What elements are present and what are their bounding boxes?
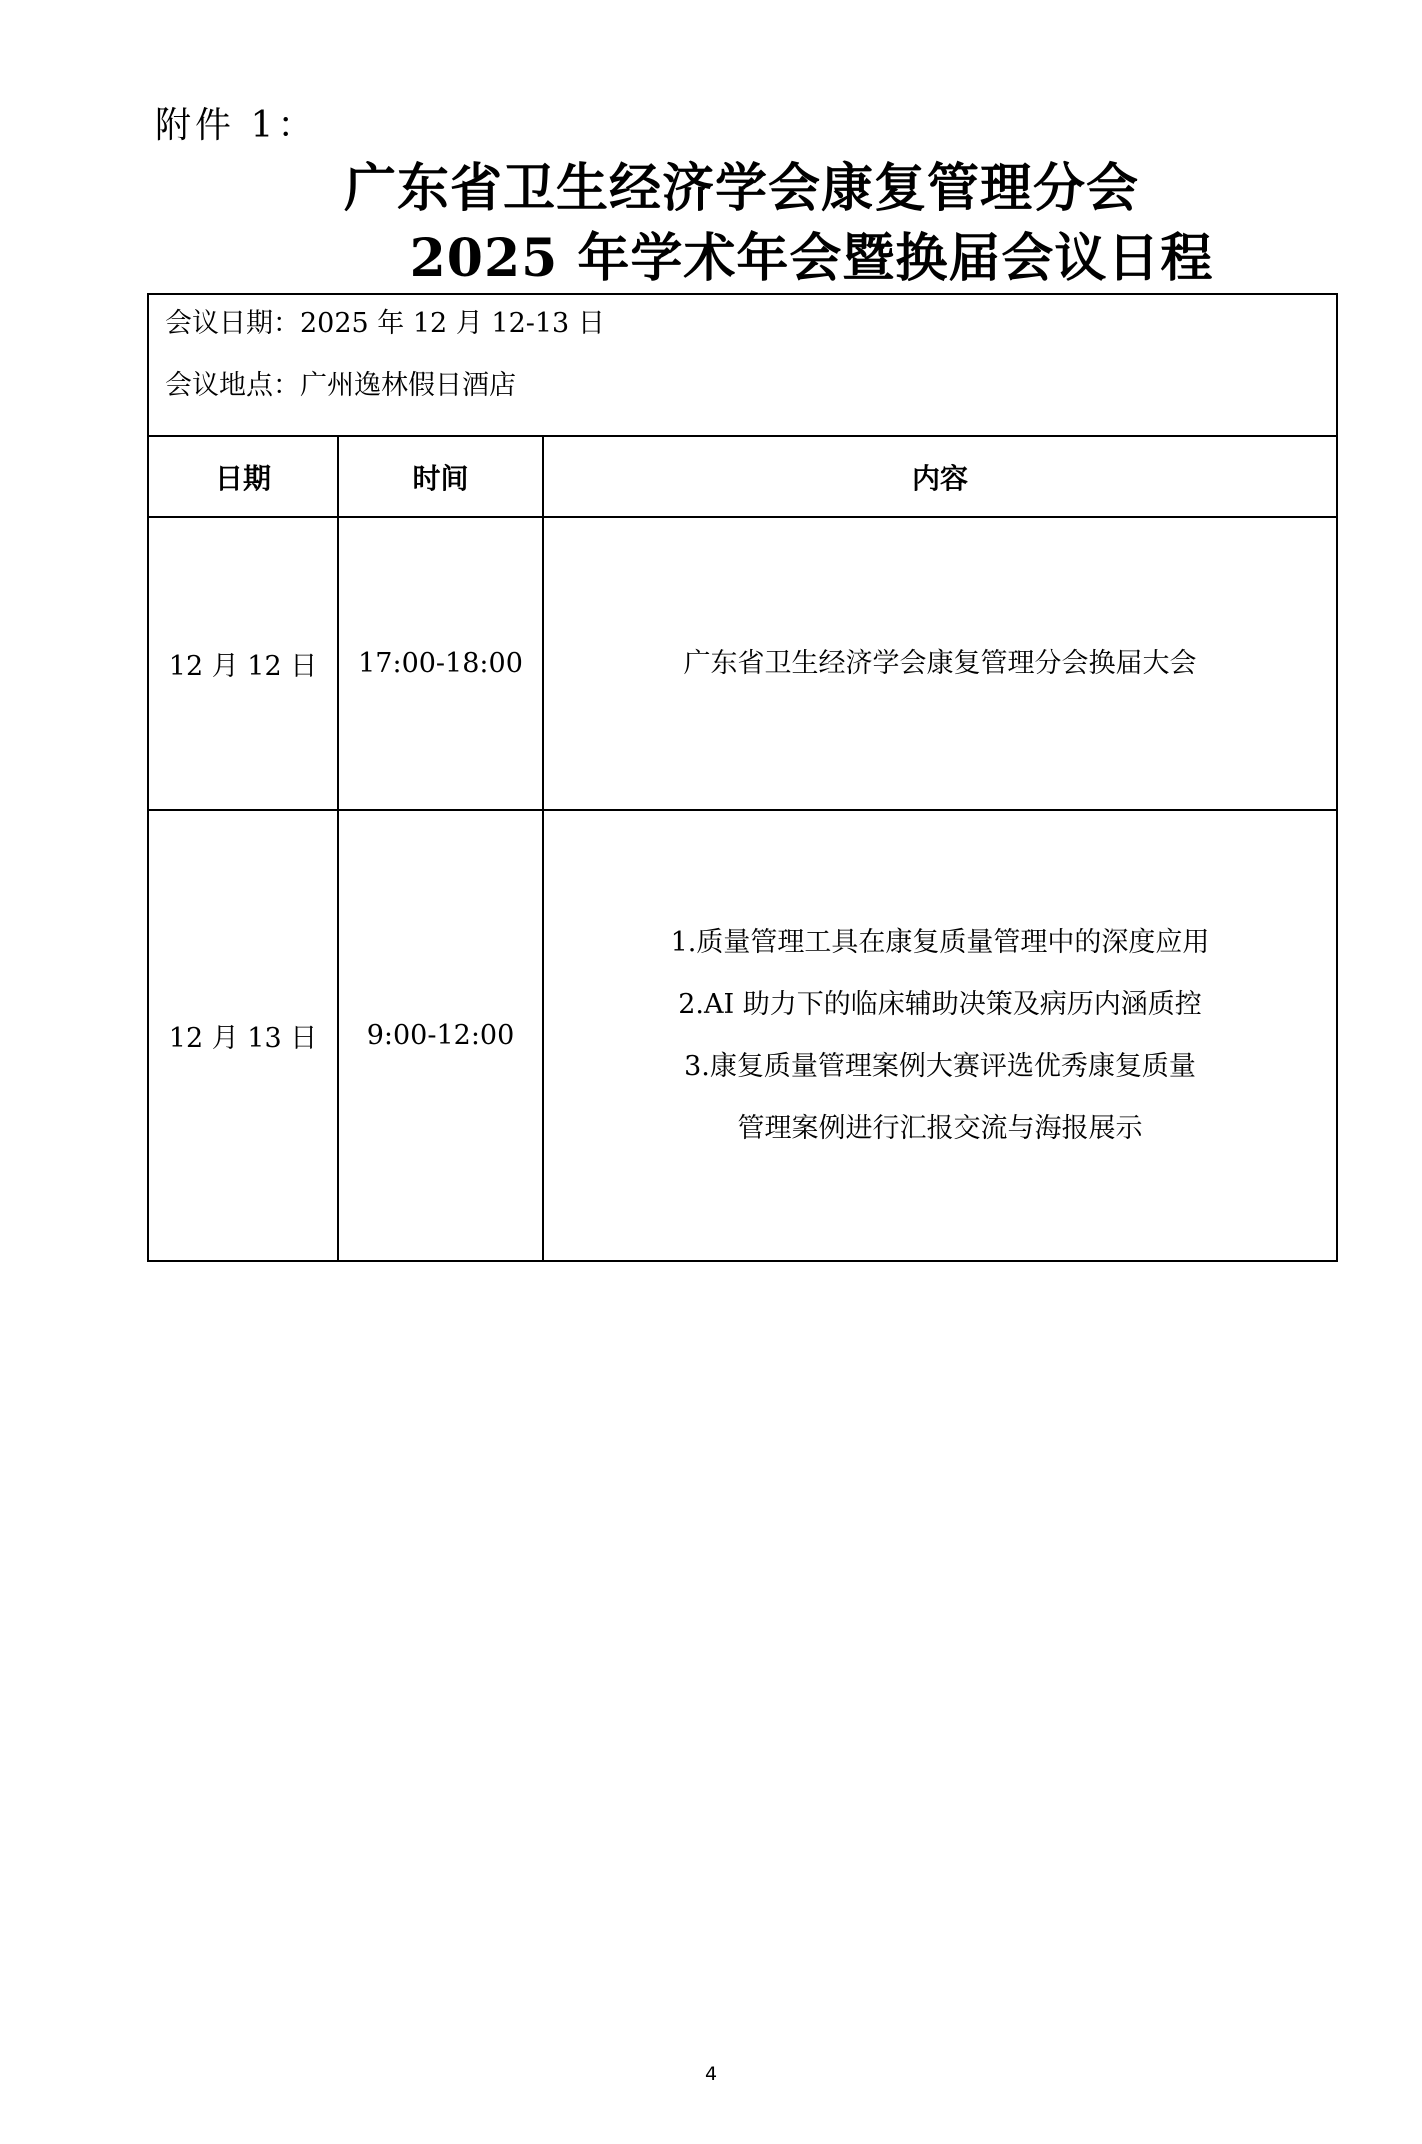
document-title-line-2: 2025 年学术年会暨换届会议日程	[148, 226, 1405, 292]
table-row: 12 月 13 日 9:00-12:00 1.质量管理工具在康复质量管理中的深度…	[148, 810, 1337, 1261]
content-line: 1.质量管理工具在康复质量管理中的深度应用	[544, 912, 1336, 974]
content-line: 广东省卫生经济学会康复管理分会换届大会	[544, 633, 1336, 695]
meeting-info-cell: 会议日期：2025 年 12 月 12-13 日 会议地点：广州逸林假日酒店	[148, 294, 1337, 436]
row-time: 17:00-18:00	[338, 517, 543, 810]
page-number: 4	[0, 2063, 1422, 2085]
row-time: 9:00-12:00	[338, 810, 543, 1261]
column-header-content: 内容	[543, 436, 1337, 517]
attachment-label: 附件 1：	[155, 104, 317, 148]
table-row: 12 月 12 日 17:00-18:00 广东省卫生经济学会康复管理分会换届大…	[148, 517, 1337, 810]
table-header-row: 日期 时间 内容	[148, 436, 1337, 517]
column-header-time: 时间	[338, 436, 543, 517]
row-content: 1.质量管理工具在康复质量管理中的深度应用 2.AI 助力下的临床辅助决策及病历…	[543, 810, 1337, 1261]
row-date: 12 月 13 日	[148, 810, 338, 1261]
meeting-info-row: 会议日期：2025 年 12 月 12-13 日 会议地点：广州逸林假日酒店	[148, 294, 1337, 436]
row-date: 12 月 12 日	[148, 517, 338, 810]
content-line: 2.AI 助力下的临床辅助决策及病历内涵质控	[544, 974, 1336, 1036]
content-line: 管理案例进行汇报交流与海报展示	[544, 1098, 1336, 1160]
schedule-table: 会议日期：2025 年 12 月 12-13 日 会议地点：广州逸林假日酒店 日…	[147, 293, 1338, 1262]
meeting-date: 会议日期：2025 年 12 月 12-13 日	[165, 309, 1336, 339]
content-line: 3.康复质量管理案例大赛评选优秀康复质量	[544, 1036, 1336, 1098]
row-content: 广东省卫生经济学会康复管理分会换届大会	[543, 517, 1337, 810]
document-title-line-1: 广东省卫生经济学会康复管理分会	[148, 156, 1335, 222]
column-header-date: 日期	[148, 436, 338, 517]
meeting-location: 会议地点：广州逸林假日酒店	[165, 371, 1336, 401]
